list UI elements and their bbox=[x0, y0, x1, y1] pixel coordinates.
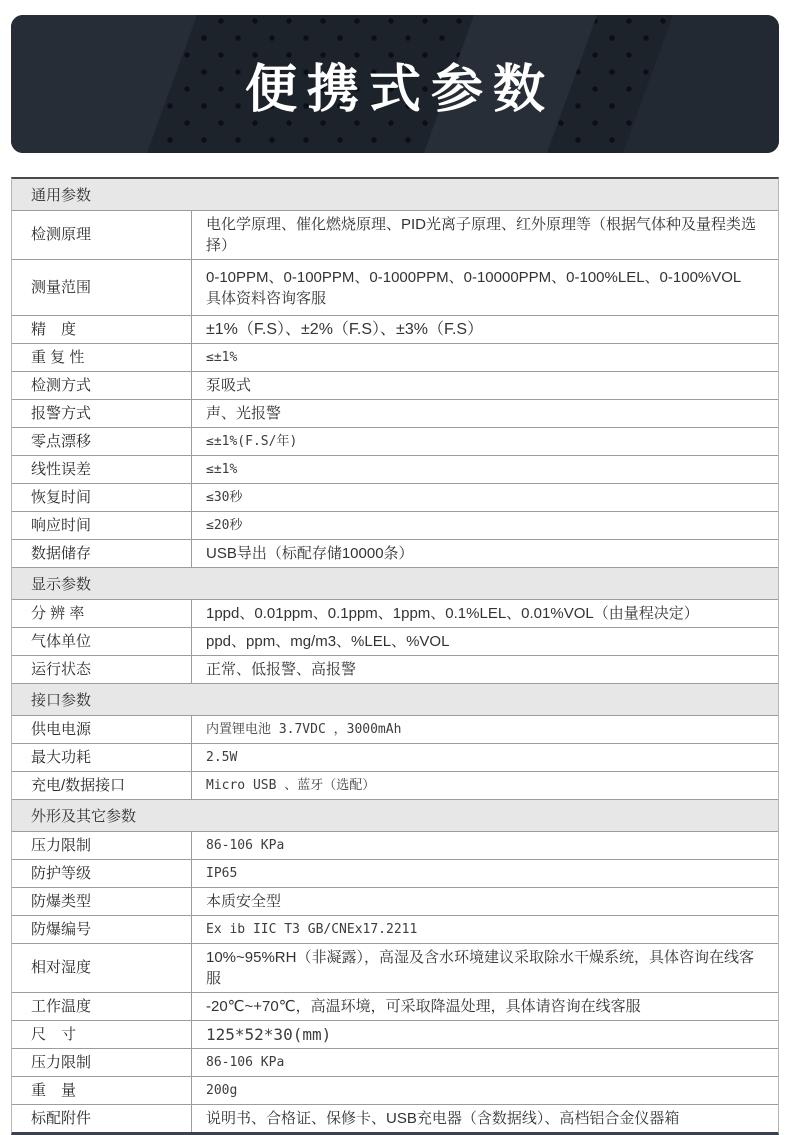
spec-value: ≤±1% bbox=[192, 456, 778, 483]
spec-value: -20℃~+70℃，高温环境，可采取降温处理，具体请咨询在线客服 bbox=[192, 993, 778, 1020]
spec-value: IP65 bbox=[192, 860, 778, 887]
spec-value: 内置锂电池 3.7VDC ，3000mAh bbox=[192, 716, 778, 743]
spec-value: 1ppd、0.01ppm、0.1ppm、1ppm、0.1%LEL、0.01%VO… bbox=[192, 600, 778, 627]
spec-value: Ex ib IIC T3 GB/CNEx17.2211 bbox=[192, 916, 778, 943]
spec-label: 检测方式 bbox=[12, 372, 192, 399]
spec-value: ±1%（F.S）、±2%（F.S）、±3%（F.S） bbox=[192, 316, 778, 343]
table-section-row: 接口参数 bbox=[12, 683, 778, 715]
spec-value: 说明书、合格证、保修卡、USB充电器（含数据线）、高档铝合金仪器箱 bbox=[192, 1105, 778, 1132]
table-row: 检测方式 泵吸式 bbox=[12, 371, 778, 399]
spec-label: 防爆编号 bbox=[12, 916, 192, 943]
spec-label: 线性误差 bbox=[12, 456, 192, 483]
page-title: 便携式参数 bbox=[11, 15, 779, 153]
spec-label: 标配附件 bbox=[12, 1105, 192, 1132]
spec-label: 重 量 bbox=[12, 1077, 192, 1104]
spec-label: 响应时间 bbox=[12, 512, 192, 539]
spec-value: 0-10PPM、0-100PPM、0-1000PPM、0-10000PPM、0-… bbox=[192, 260, 778, 315]
spec-label: 分 辨 率 bbox=[12, 600, 192, 627]
spec-label: 尺 寸 bbox=[12, 1021, 192, 1048]
spec-label: 工作温度 bbox=[12, 993, 192, 1020]
spec-label: 零点漂移 bbox=[12, 428, 192, 455]
header-banner: 便携式参数 bbox=[11, 15, 779, 153]
spec-label: 相对湿度 bbox=[12, 944, 192, 992]
spec-label: 数据储存 bbox=[12, 540, 192, 567]
spec-value: Micro USB 、蓝牙（选配） bbox=[192, 772, 778, 799]
spec-value: ≤±1% bbox=[192, 344, 778, 371]
table-row: 气体单位 ppd、ppm、mg/m3、%LEL、%VOL bbox=[12, 627, 778, 655]
spec-label: 压力限制 bbox=[12, 832, 192, 859]
table-section-row: 显示参数 bbox=[12, 567, 778, 599]
table-row: 响应时间 ≤20秒 bbox=[12, 511, 778, 539]
spec-value: 86-106 KPa bbox=[192, 1049, 778, 1076]
spec-value: 声、光报警 bbox=[192, 400, 778, 427]
spec-value: 200g bbox=[192, 1077, 778, 1104]
spec-label: 精 度 bbox=[12, 316, 192, 343]
table-row: 重 复 性 ≤±1% bbox=[12, 343, 778, 371]
table-row: 运行状态 正常、低报警、高报警 bbox=[12, 655, 778, 683]
spec-label: 供电电源 bbox=[12, 716, 192, 743]
table-row: 标配附件 说明书、合格证、保修卡、USB充电器（含数据线）、高档铝合金仪器箱 bbox=[12, 1104, 778, 1132]
table-row: 压力限制 86-106 KPa bbox=[12, 1048, 778, 1076]
spec-value: 泵吸式 bbox=[192, 372, 778, 399]
table-row: 防爆编号 Ex ib IIC T3 GB/CNEx17.2211 bbox=[12, 915, 778, 943]
table-row: 工作温度 -20℃~+70℃，高温环境，可采取降温处理，具体请咨询在线客服 bbox=[12, 992, 778, 1020]
table-row: 报警方式 声、光报警 bbox=[12, 399, 778, 427]
table-section-row: 外形及其它参数 bbox=[12, 799, 778, 831]
table-row: 测量范围 0-10PPM、0-100PPM、0-1000PPM、0-10000P… bbox=[12, 259, 778, 315]
table-row: 防爆类型 本质安全型 bbox=[12, 887, 778, 915]
spec-value: 10%~95%RH（非凝露），高湿及含水环境建议采取除水干燥系统，具体咨询在线客… bbox=[192, 944, 778, 992]
table-row: 重 量 200g bbox=[12, 1076, 778, 1104]
spec-label: 防护等级 bbox=[12, 860, 192, 887]
spec-label: 压力限制 bbox=[12, 1049, 192, 1076]
section-title: 接口参数 bbox=[12, 684, 99, 715]
spec-value: ppd、ppm、mg/m3、%LEL、%VOL bbox=[192, 628, 778, 655]
table-row: 恢复时间 ≤30秒 bbox=[12, 483, 778, 511]
table-row: 尺 寸 125*52*30(mm) bbox=[12, 1020, 778, 1048]
table-row: 零点漂移 ≤±1%(F.S/年) bbox=[12, 427, 778, 455]
spec-label: 充电/数据接口 bbox=[12, 772, 192, 799]
spec-label: 恢复时间 bbox=[12, 484, 192, 511]
table-row: 数据储存 USB导出（标配存储10000条） bbox=[12, 539, 778, 567]
spec-label: 测量范围 bbox=[12, 260, 192, 315]
spec-value: 本质安全型 bbox=[192, 888, 778, 915]
spec-label: 运行状态 bbox=[12, 656, 192, 683]
spec-label: 气体单位 bbox=[12, 628, 192, 655]
spec-value: 125*52*30(mm) bbox=[192, 1021, 778, 1048]
table-row: 分 辨 率 1ppd、0.01ppm、0.1ppm、1ppm、0.1%LEL、0… bbox=[12, 599, 778, 627]
table-row: 最大功耗 2.5W bbox=[12, 743, 778, 771]
table-row: 相对湿度 10%~95%RH（非凝露），高湿及含水环境建议采取除水干燥系统，具体… bbox=[12, 943, 778, 992]
spec-table: 通用参数 检测原理 电化学原理、催化燃烧原理、PID光离子原理、红外原理等（根据… bbox=[11, 177, 779, 1135]
spec-label: 重 复 性 bbox=[12, 344, 192, 371]
spec-label: 报警方式 bbox=[12, 400, 192, 427]
spec-label: 检测原理 bbox=[12, 211, 192, 259]
table-row: 防护等级 IP65 bbox=[12, 859, 778, 887]
section-title: 显示参数 bbox=[12, 568, 99, 599]
spec-value: ≤±1%(F.S/年) bbox=[192, 428, 778, 455]
spec-value: ≤20秒 bbox=[192, 512, 778, 539]
spec-value: 正常、低报警、高报警 bbox=[192, 656, 778, 683]
table-row: 检测原理 电化学原理、催化燃烧原理、PID光离子原理、红外原理等（根据气体种及量… bbox=[12, 210, 778, 259]
table-row: 充电/数据接口 Micro USB 、蓝牙（选配） bbox=[12, 771, 778, 799]
spec-value: 电化学原理、催化燃烧原理、PID光离子原理、红外原理等（根据气体种及量程类选择） bbox=[192, 211, 778, 259]
section-title: 通用参数 bbox=[12, 179, 99, 210]
spec-value: ≤30秒 bbox=[192, 484, 778, 511]
spec-label: 防爆类型 bbox=[12, 888, 192, 915]
table-row: 压力限制 86-106 KPa bbox=[12, 831, 778, 859]
spec-value: 2.5W bbox=[192, 744, 778, 771]
spec-value: USB导出（标配存储10000条） bbox=[192, 540, 778, 567]
table-row: 精 度 ±1%（F.S）、±2%（F.S）、±3%（F.S） bbox=[12, 315, 778, 343]
table-section-row: 通用参数 bbox=[12, 179, 778, 210]
table-row: 供电电源 内置锂电池 3.7VDC ，3000mAh bbox=[12, 715, 778, 743]
table-row: 线性误差 ≤±1% bbox=[12, 455, 778, 483]
section-title: 外形及其它参数 bbox=[12, 800, 144, 831]
spec-label: 最大功耗 bbox=[12, 744, 192, 771]
spec-value: 86-106 KPa bbox=[192, 832, 778, 859]
